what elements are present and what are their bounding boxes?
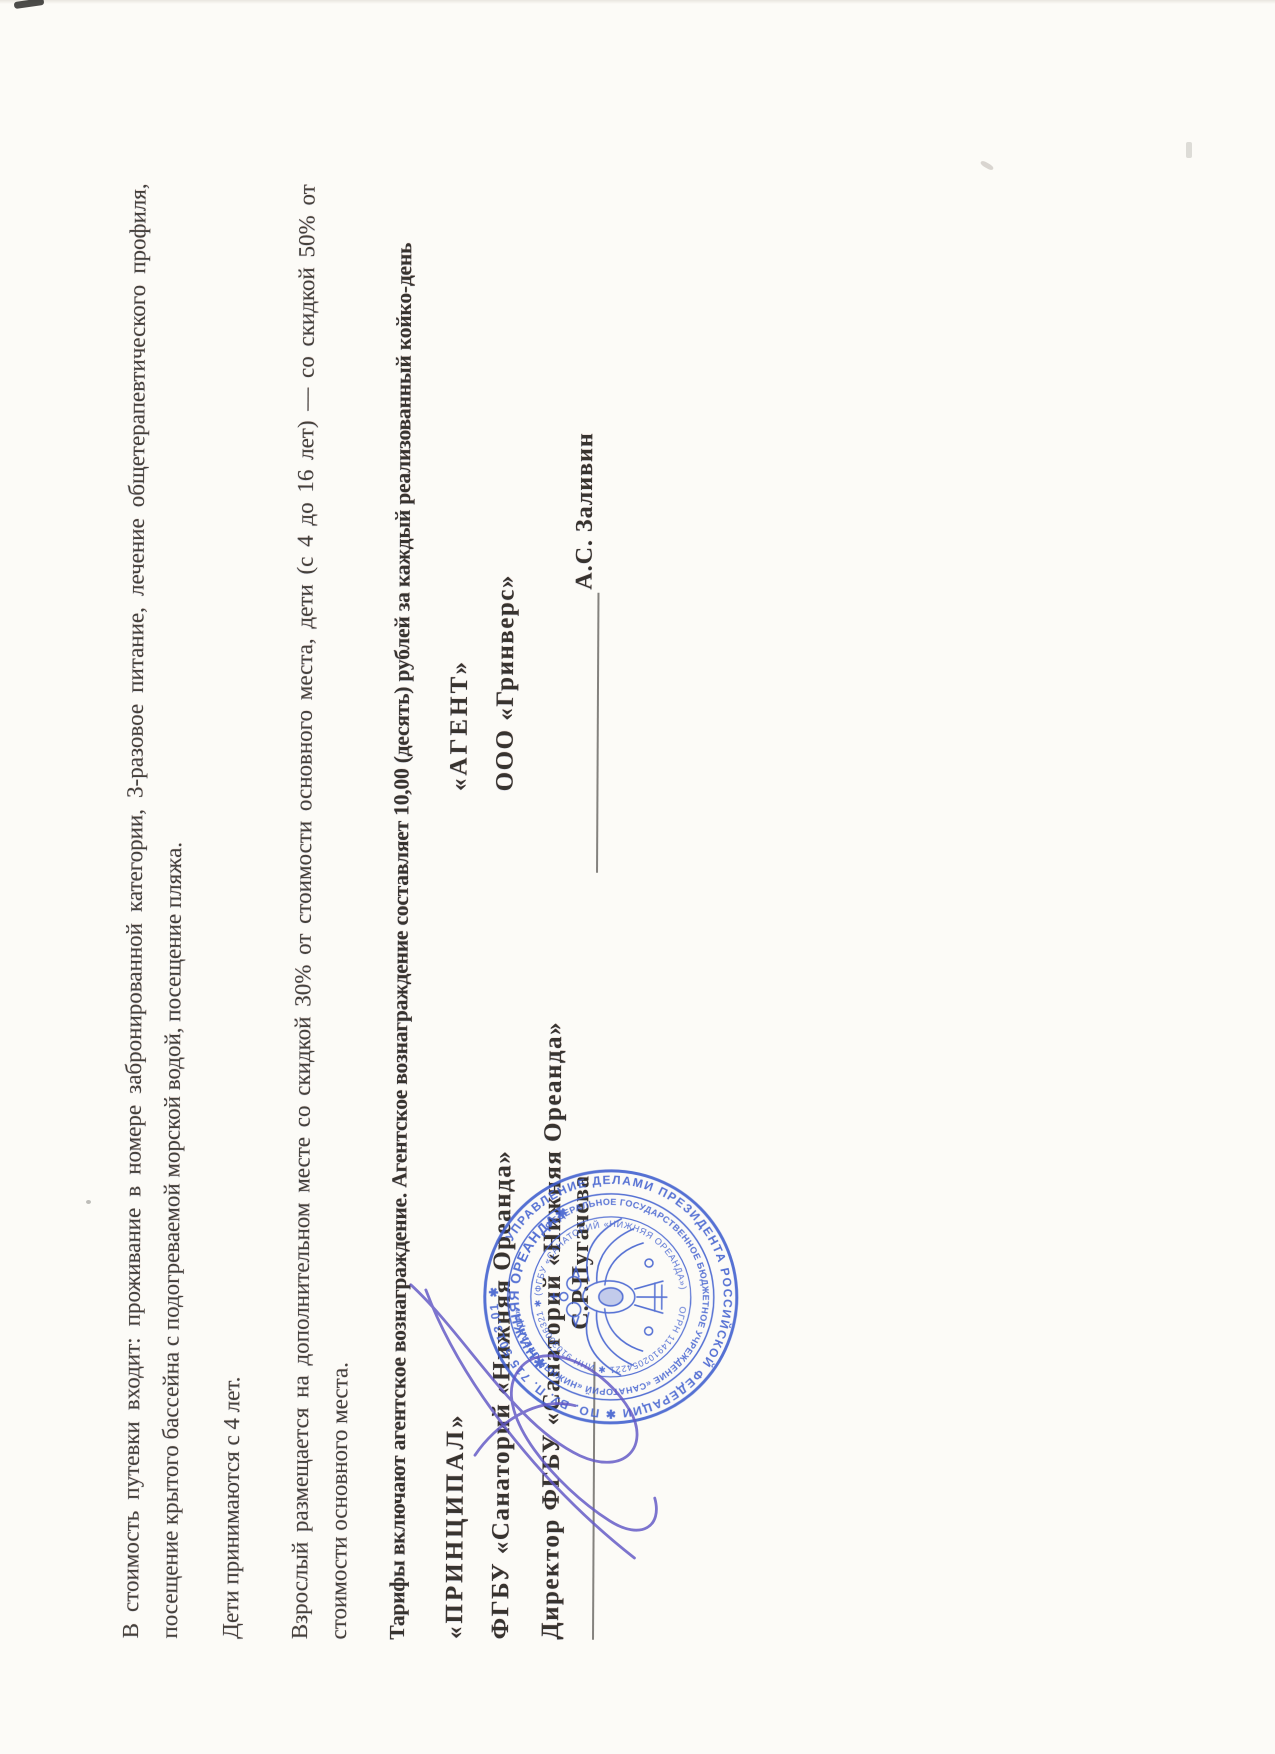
agent-signature-line: [574, 593, 599, 873]
document-content: В стоимость путевки входит: проживание в…: [0, 0, 1275, 1754]
paragraph-voucher-inclusions: В стоимость путевки входит: проживание в…: [112, 183, 197, 1638]
agent-org: ООО «Гринверс»: [491, 574, 520, 791]
paragraph-extra-bed-discount: Взрослый размещается на дополнительном м…: [281, 184, 366, 1639]
paragraph-children-age: Дети принимаются с 4 лет.: [212, 184, 258, 1639]
agent-signer-name: А.С. Заливин: [572, 432, 600, 590]
agent-header: «АГЕНТ»: [445, 659, 474, 791]
document-sheet: В стоимость путевки входит: проживание в…: [0, 0, 1275, 1754]
handwritten-signature: [379, 1240, 691, 1587]
scanned-document-page: В стоимость путевки входит: проживание в…: [0, 0, 1275, 1754]
